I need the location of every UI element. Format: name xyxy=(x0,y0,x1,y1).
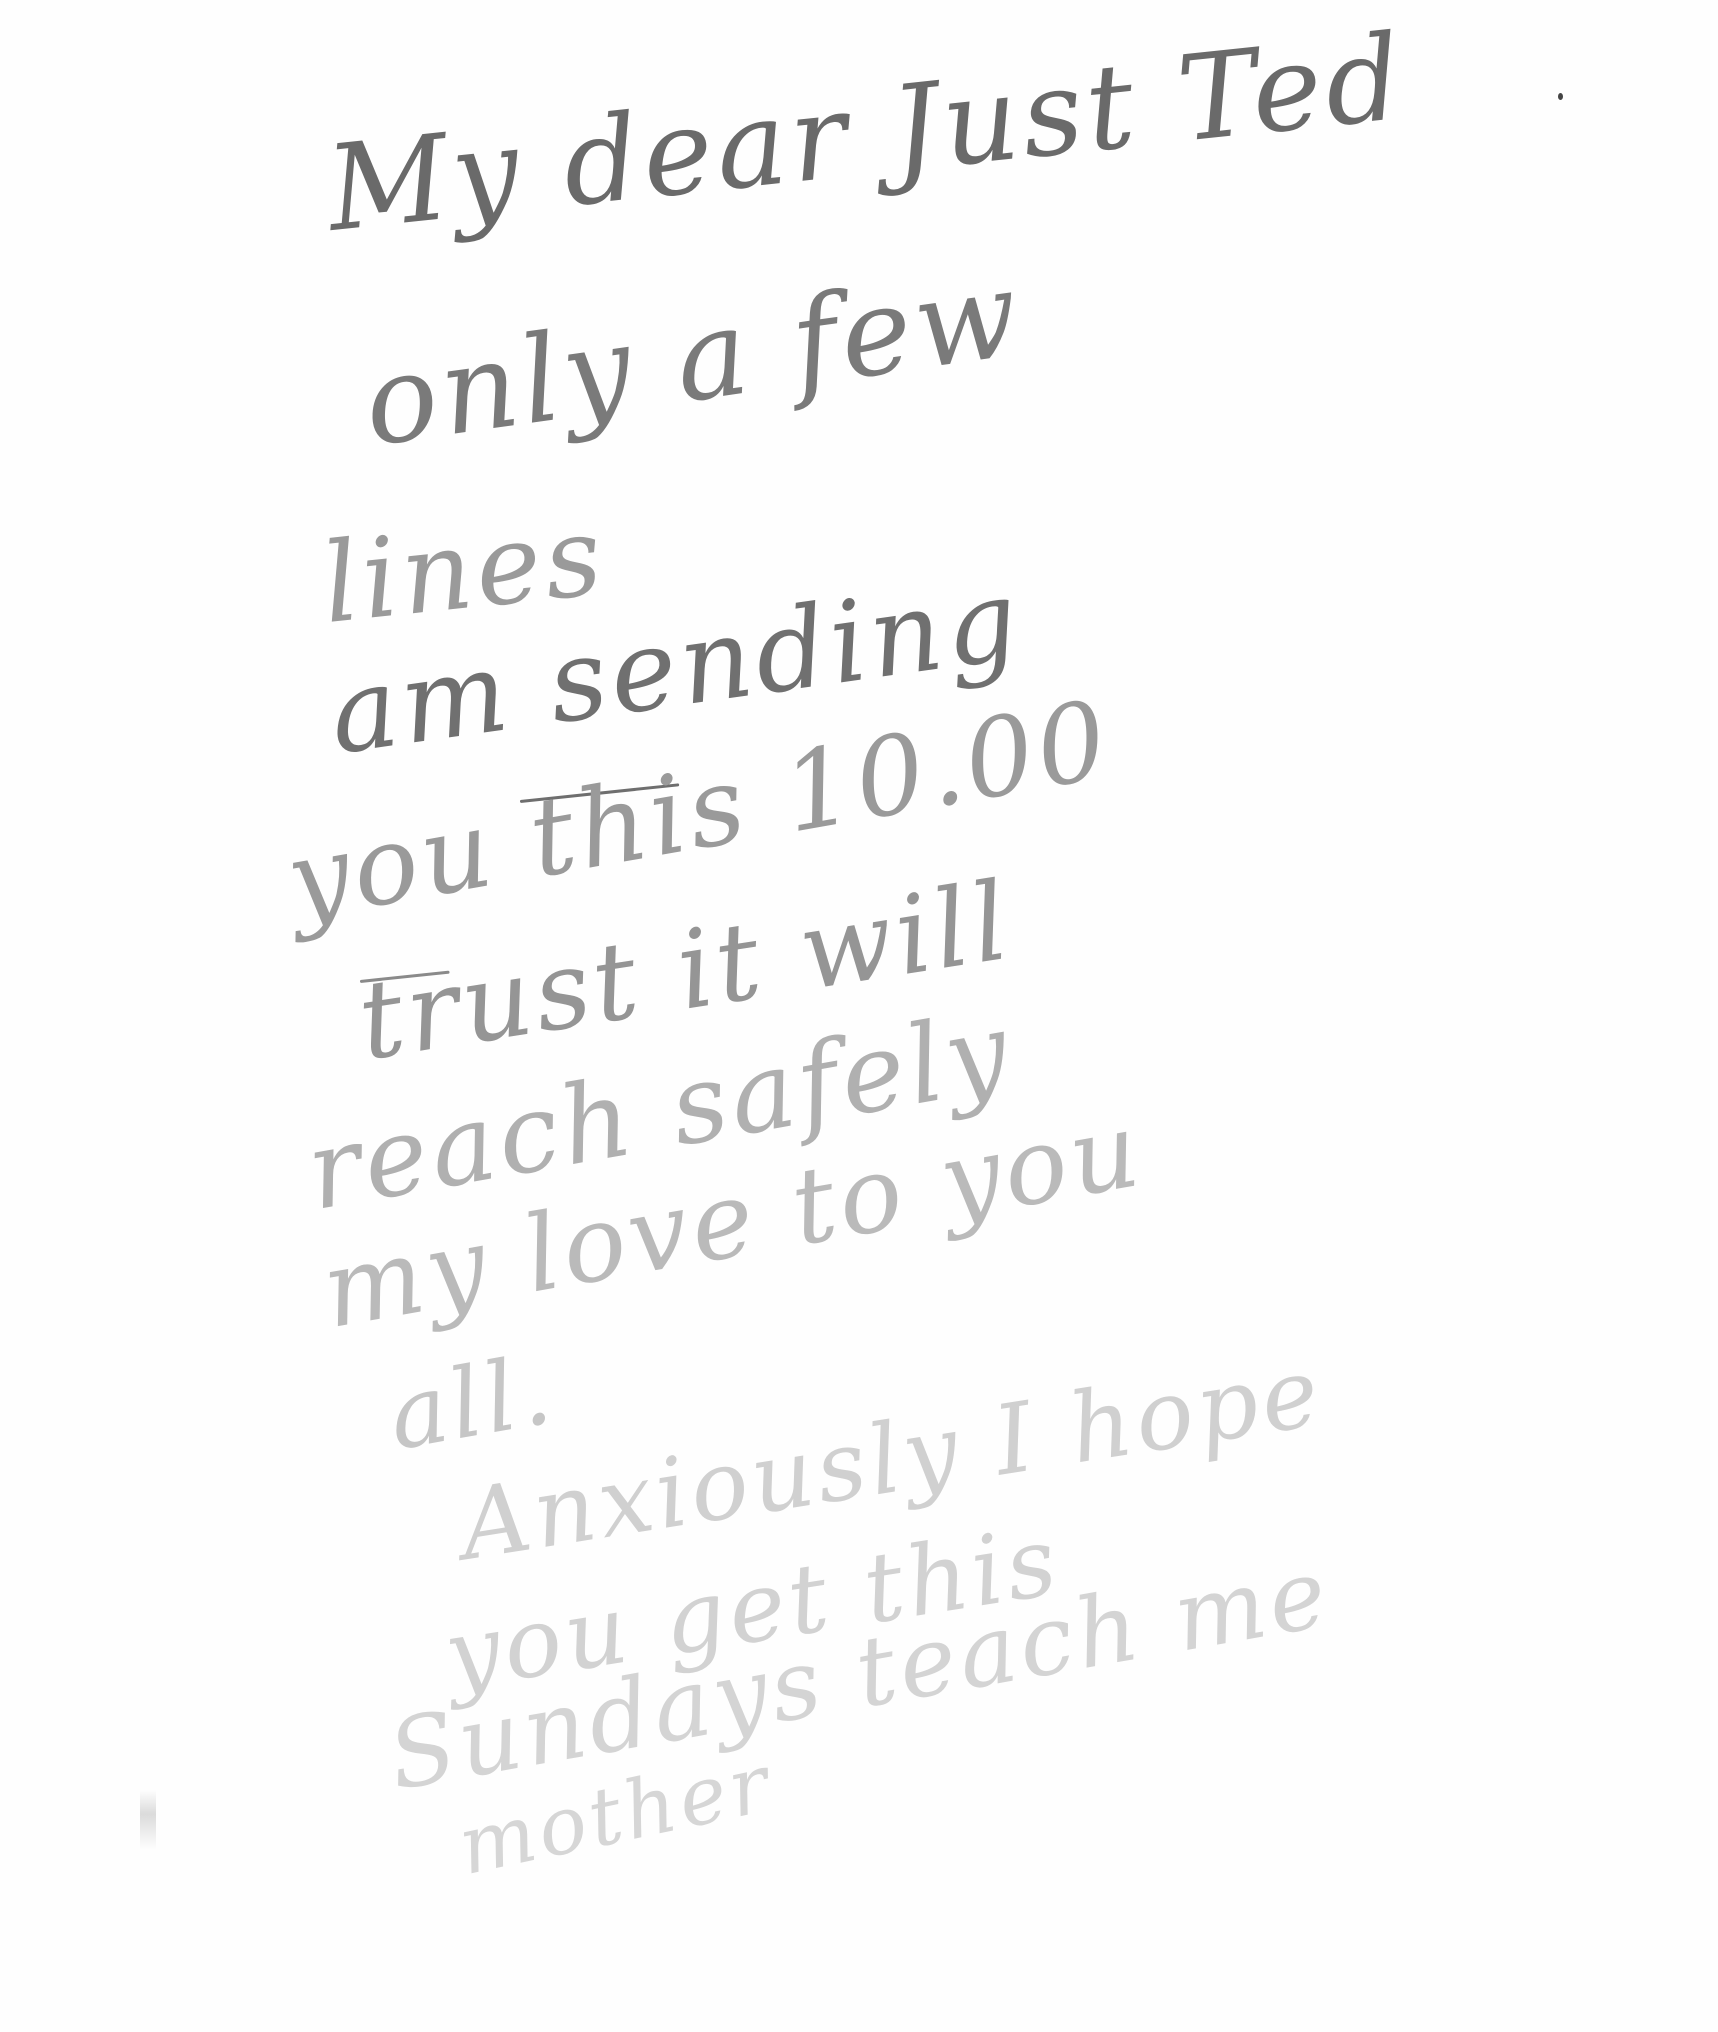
pencil-mark xyxy=(1558,93,1563,100)
handwritten-line-9: all. xyxy=(381,1333,563,1472)
handwritten-line-1: My dear Just Ted xyxy=(321,8,1412,258)
letter-page: My dear Just Ted only a few lines am sen… xyxy=(0,0,1718,2032)
handwritten-line-2: only a few xyxy=(356,244,1031,474)
page-edge-shadow xyxy=(140,1790,156,1850)
